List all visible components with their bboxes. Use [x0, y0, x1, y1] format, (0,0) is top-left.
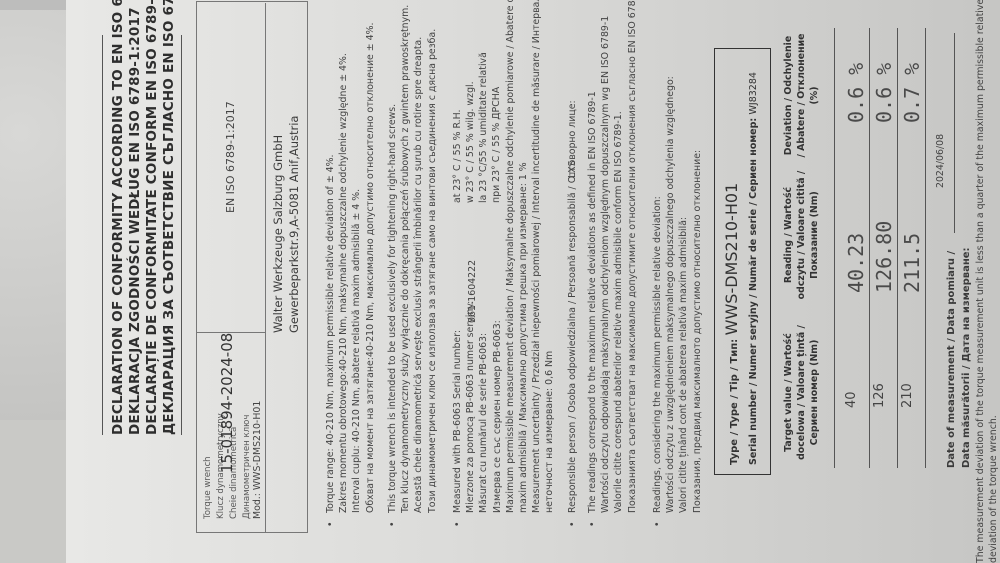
cell-reading: 126.80: [872, 221, 896, 293]
certificate-number: 15-01894-2024-08: [218, 333, 236, 473]
title-bg: ДЕКЛАРАЦИЯ ЗА СЪОТВЕТСТВИЕ СЪГЛАСНО EN I…: [161, 0, 178, 435]
certificate-page: DECLARATION OF CONFORMITY ACCORDING TO E…: [66, 0, 1000, 563]
title-en: DECLARATION OF CONFORMITY ACCORDING TO E…: [110, 0, 127, 435]
cell-target: 126: [872, 383, 887, 408]
row-rule: [869, 28, 870, 468]
standard-ref: EN ISO 6789-1:2017: [224, 101, 237, 213]
cell-reading: 211.5: [900, 233, 924, 293]
readings-correspond: The readings correspond to the maximum r…: [586, 0, 639, 513]
serial-value: WJ83284: [748, 72, 759, 114]
title-ro: DECLARAȚIE DE CONFORMITATE CONFORM EN IS…: [144, 0, 161, 435]
measurement-conditions: at 23° C / 55 % R.H. w 23° C / 55 % wilg…: [451, 52, 503, 203]
row-rule: [897, 28, 898, 468]
declaration-title: DECLARATION OF CONFORMITY ACCORDING TO E…: [110, 0, 178, 435]
serial-line: Serial number / Numer seryjny / Număr de…: [748, 72, 759, 465]
cell-target: 210: [900, 383, 915, 408]
cell-reading: 40.23: [844, 233, 868, 293]
background-wall: [0, 10, 68, 420]
cell-deviation: 0.6 %: [872, 63, 896, 123]
pb6063-serial: 061-1604222: [466, 260, 479, 323]
cell-deviation: 0.6 %: [844, 63, 868, 123]
cell-target: 40: [844, 391, 859, 408]
type-value: WWS-DMS210-H01: [722, 183, 741, 336]
title-pl: DEKLARACJA ZGODNOŚCI WEDŁUG EN ISO 6789-…: [127, 0, 144, 435]
type-line: Type / Type / Tip / Тип: WWS-DMS210-H01: [722, 183, 741, 465]
usage-note: This torque wrench is intended to be use…: [386, 5, 439, 513]
model-line: Mod.: WWS-DMS210-H01: [251, 401, 264, 519]
col-header-reading: Reading / Wartość odczytu / Valoare citi…: [782, 165, 821, 305]
date-value: 2024/06/08: [934, 134, 947, 188]
header-divider: [265, 3, 266, 533]
footer-note: The measurement deviation of the torque …: [974, 0, 1000, 563]
col-header-target: Target value / Wartość docelowa / Valoar…: [782, 320, 821, 465]
col-header-deviation: Deviation / Odchylenie / Abatere / Откло…: [782, 33, 821, 158]
model-value: WWS-DMS210-H01: [252, 401, 263, 490]
torque-range: Torque range: 40-210 Nm, maximum permiss…: [324, 23, 377, 514]
row-rule: [925, 28, 926, 468]
title-top-rule: [102, 35, 103, 435]
readings-considering: Readings, considering the maximum permis…: [651, 76, 704, 513]
background-floor: [0, 420, 68, 563]
manufacturer: Walter Werkzeuge Salzburg GmbH Gewerbepa…: [270, 116, 302, 333]
cell-deviation: 0.7 %: [900, 63, 924, 123]
date-label: Date of measurement / Data pomiaru / Dat…: [944, 247, 974, 468]
title-bottom-rule: [181, 35, 182, 435]
responsible-value: LXS: [566, 160, 579, 178]
